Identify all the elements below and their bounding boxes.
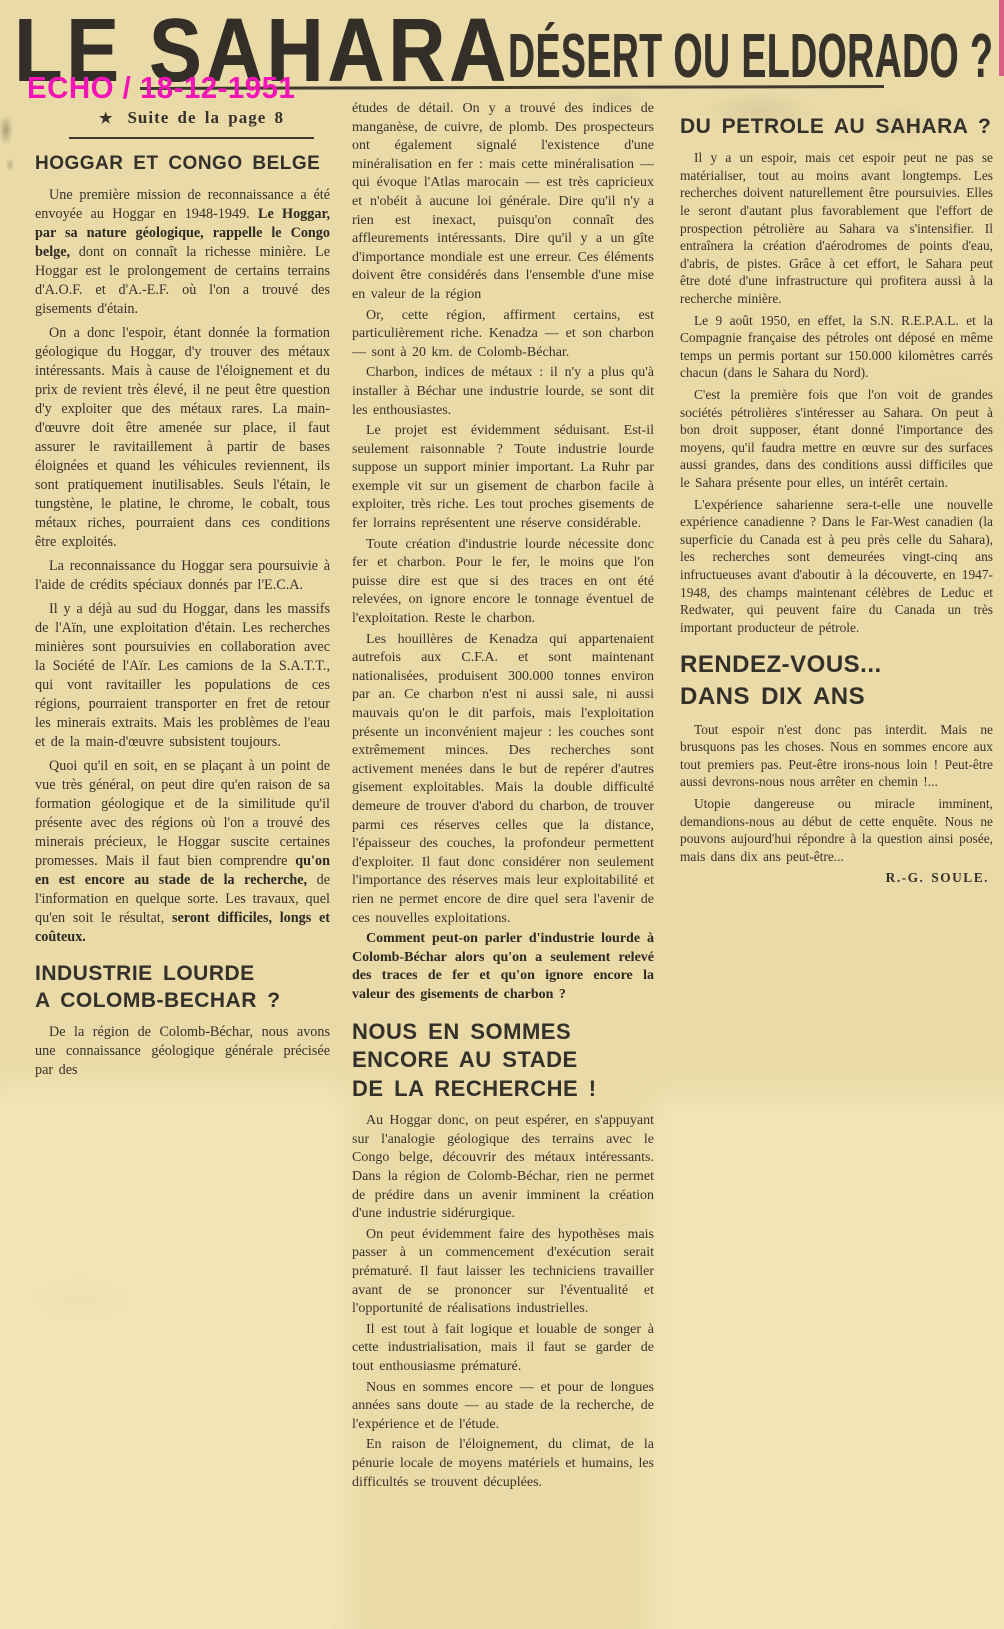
paragraph: Le 9 août 1950, en effet, la S.N. R.E.P.… xyxy=(680,312,993,382)
article-columns: ★Suite de la page 8 HOGGAR ET CONGO BELG… xyxy=(35,100,997,1494)
paragraph: Quoi qu'il en soit, en se plaçant à un p… xyxy=(35,757,330,947)
column-2: études de détail. On y a trouvé des indi… xyxy=(352,100,654,1494)
paragraph: Le projet est évidemment séduisant. Est-… xyxy=(352,422,654,534)
star-icon: ★ xyxy=(99,111,113,127)
paragraph: Tout espoir n'est donc pas interdit. Mai… xyxy=(680,721,993,791)
paragraph: Une première mission de reconnaissance a… xyxy=(35,186,330,319)
paragraph: Charbon, indices de métaux : il n'y a pl… xyxy=(352,364,654,420)
paragraph: Au Hoggar donc, on peut espérer, en s'ap… xyxy=(352,1112,654,1224)
paragraph: Toute création d'industrie lourde nécess… xyxy=(352,536,654,629)
paragraph: Nous en sommes encore — et pour de longu… xyxy=(352,1379,654,1435)
continuation-label: Suite de la page 8 xyxy=(127,108,284,127)
paragraph: On a donc l'espoir, étant donnée la form… xyxy=(35,324,330,552)
scan-edge-artifact xyxy=(999,0,1004,76)
section-heading: RENDEZ-VOUS...DANS DIX ANS xyxy=(680,649,993,711)
paragraph: Utopie dangereuse ou miracle imminent, d… xyxy=(680,795,993,865)
author-signature: R.-G. SOULE. xyxy=(680,869,993,887)
paragraph: L'expérience saharienne sera-t-elle une … xyxy=(680,496,993,637)
paragraph: études de détail. On y a trouvé des indi… xyxy=(352,100,654,305)
section-heading: NOUS EN SOMMESENCORE AU STADEDE LA RECHE… xyxy=(352,1018,654,1104)
section-heading: INDUSTRIE LOURDEA COLOMB-BECHAR ? xyxy=(35,960,330,1015)
section-heading: HOGGAR ET CONGO BELGE xyxy=(35,152,330,177)
paragraph: La reconnaissance du Hoggar sera poursui… xyxy=(35,557,330,595)
paragraph: Les houillères de Kenadza qui appartenai… xyxy=(352,631,654,929)
continuation-marker: ★Suite de la page 8 xyxy=(69,100,314,139)
headline-sub: DÉSERT OU ELDORADO ? xyxy=(508,26,993,88)
paragraph: C'est la première fois que l'on voit de … xyxy=(680,386,993,492)
paragraph: En raison de l'éloignement, du climat, d… xyxy=(352,1436,654,1492)
newspaper-page: LE SAHARA DÉSERT OU ELDORADO ? ECHO / 18… xyxy=(0,0,1004,1629)
column-3: DU PETROLE AU SAHARA ?Il y a un espoir, … xyxy=(680,100,993,1494)
paragraph: Il est tout à fait logique et louable de… xyxy=(352,1321,654,1377)
column-1: ★Suite de la page 8 HOGGAR ET CONGO BELG… xyxy=(35,100,330,1494)
paragraph: Il y a un espoir, mais cet espoir peut n… xyxy=(680,149,993,307)
paragraph: De la région de Colomb-Béchar, nous avon… xyxy=(35,1023,330,1080)
paragraph: Or, cette région, affirment certains, es… xyxy=(352,307,654,363)
section-heading: DU PETROLE AU SAHARA ? xyxy=(680,113,993,140)
paragraph: Comment peut-on parler d'industrie lourd… xyxy=(352,930,654,1004)
paragraph: On peut évidemment faire des hypothèses … xyxy=(352,1226,654,1319)
paragraph: Il y a déjà au sud du Hoggar, dans les m… xyxy=(35,600,330,752)
archive-date-stamp: ECHO / 18-12-1951 xyxy=(27,72,295,103)
